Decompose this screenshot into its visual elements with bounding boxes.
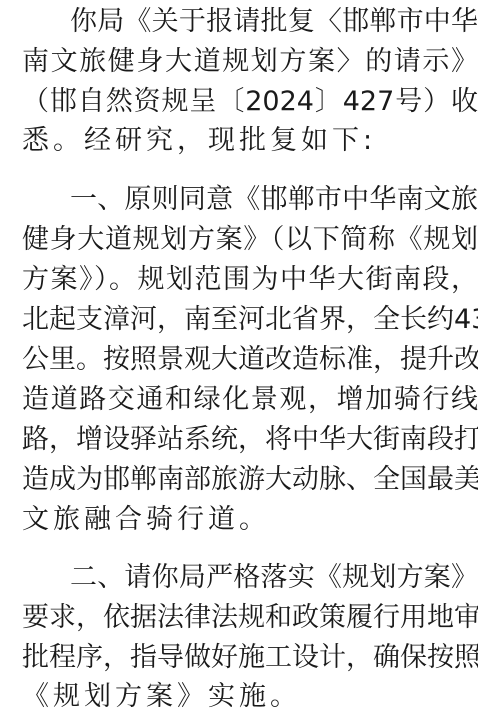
text-line: 南文旅健身大道规划方案〉的请示》 <box>22 42 478 82</box>
text-line: 健身大道规划方案》（以下简称《规划 <box>22 220 478 260</box>
text-line: 造成为邯郸南部旅游大动脉、全国最美 <box>22 460 478 500</box>
text-line: 公里。按照景观大道改造标准，提升改 <box>22 340 478 380</box>
text-line: 一、原则同意《邯郸市中华南文旅 <box>70 180 478 220</box>
text-line: 路，增设驿站系统，将中华大街南段打 <box>22 420 478 460</box>
text-line: 造道路交通和绿化景观，增加骑行线 <box>22 380 478 420</box>
text-line: 批程序，指导做好施工设计，确保按照 <box>22 638 478 678</box>
text-line: （邯自然资规呈〔2024〕427号）收 <box>22 82 478 122</box>
text-line: 你局《关于报请批复〈邯郸市中华 <box>70 2 478 42</box>
document-body: 你局《关于报请批复〈邯郸市中华 南文旅健身大道规划方案〉的请示》 （邯自然资规呈… <box>0 0 500 720</box>
text-line: 二、请你局严格落实《规划方案》 <box>70 558 478 598</box>
text-line: 《规划方案》实施。 <box>22 677 478 717</box>
text-line: 北起支漳河，南至河北省界，全长约43 <box>22 300 478 340</box>
text-line: 要求，依据法律法规和政策履行用地审 <box>22 598 478 638</box>
text-line: 方案》）。规划范围为中华大街南段， <box>22 260 478 300</box>
text-line: 文旅融合骑行道。 <box>22 500 478 540</box>
text-line: 悉。经研究，现批复如下: <box>22 121 478 161</box>
